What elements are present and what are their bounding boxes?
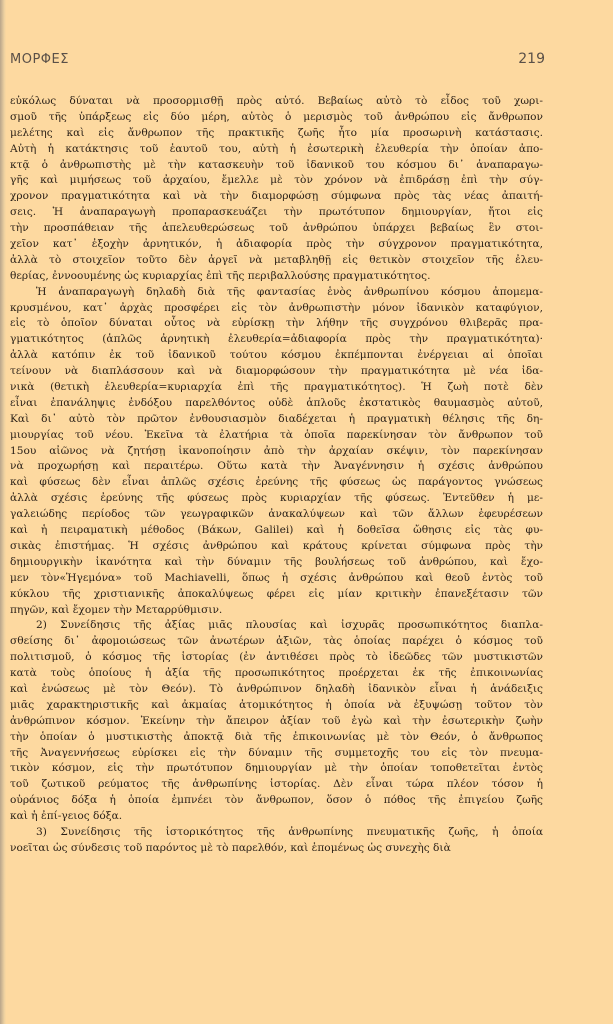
text-line: τὴν προσπάθειαν τῆς ἀπελευθερώσεως τοῦ ἀ… <box>10 221 543 237</box>
text-line: κτᾷ ὁ ἀνθρωπιστὴς μὲ τὴν κατασκευὴν τοῦ … <box>10 158 543 174</box>
text-line: τὴν ὁποίαν ὁ μυστικιστὴς ἀποκτᾷ διὰ τῆς … <box>10 730 543 746</box>
text-line: μιουργίας τοῦ νέου. Ἐκεῖνα τὰ ἐλατήρια τ… <box>10 428 543 444</box>
page-number: 219 <box>518 51 545 67</box>
text-line: θερίας, ἐννοουμένης ὡς κυριαρχίας ἐπὶ τῆ… <box>10 269 543 285</box>
text-line: εἰς τὸ ὁποῖον δύναται οὗτος νὰ εὑρίσκῃ τ… <box>10 316 543 332</box>
text-line: Καὶ δι᾿ αὐτὸ τὸν πρῶτον ἐνθουσιασμὸν δια… <box>10 412 543 428</box>
text-line: σμοῦ τῆς ὑπάρξεως εἰς δύο μέρη, αὐτὸς ὁ … <box>10 110 543 126</box>
running-head: ΜΟΡΦΕΣ <box>10 52 69 67</box>
text-line: καὶ φύσεως δὲν εἶναι ἁπλῶς σχέσις ἐρεύνη… <box>10 475 543 491</box>
text-line: δημιουργικὴν ἱκανότητα καὶ τὴν δύναμιν τ… <box>10 555 543 571</box>
page-header: ΜΟΡΦΕΣ 219 <box>10 50 545 68</box>
paragraph: Ἡ ἀναπαραγωγὴ δηλαδὴ διὰ τῆς φαντασίας ἑ… <box>10 285 543 619</box>
text-line: εἶναι ἐπανάληψις ἐνδόξου παρελθόντος οὐδ… <box>10 396 543 412</box>
text-line: νικὰ (θετικὴ ἐλευθερία=κυριαρχία ἐπὶ τῆς… <box>10 380 543 396</box>
text-line: πηγῶν, καὶ ἔχομεν τὴν Μεταρρύθμισιν. <box>10 603 543 619</box>
text-line: χρονον πραγματικότητα καὶ νὰ τὴν διαμορφ… <box>10 189 543 205</box>
text-line: σθείσης δι᾿ ἀφομοιώσεως τῶν ἀνωτέρων ἀξι… <box>10 634 543 650</box>
text-line: χεῖον κατ᾿ ἐξοχὴν ἀρνητικόν, ἡ ἀδιαφορία… <box>10 237 543 253</box>
text-line: σικὰς ἐπιστήμας. Ἡ σχέσις ἀνθρώπου καὶ κ… <box>10 539 543 555</box>
text-line: γαλειώδης περίοδος τῶν γεωγραφικῶν ἀνακα… <box>10 507 543 523</box>
text-line: ἀλλὰ σχέσις ἐρεύνης τῆς φύσεως πρὸς κυρι… <box>10 491 543 507</box>
text-line: Ἡ ἀναπαραγωγὴ δηλαδὴ διὰ τῆς φαντασίας ἑ… <box>10 285 543 301</box>
paragraph: 2) Συνείδησις τῆς ἀξίας μιᾶς πλουσίας κα… <box>10 618 543 825</box>
text-line: νὰ προχωρήσῃ καὶ περαιτέρω. Οὕτω κατὰ τὴ… <box>10 459 543 475</box>
text-line: ἀλλὰ τὸ στοιχεῖον τοῦτο δὲν ἀργεῖ νὰ μετ… <box>10 253 543 269</box>
text-line: τοῦ ζωτικοῦ ρεύματος τῆς ἀνθρωπίνης ἱστο… <box>10 777 543 793</box>
text-line: νοεῖται ὡς σύνδεσις τοῦ παρόντος μὲ τὸ π… <box>10 841 543 857</box>
text-line: μελέτης καὶ εἰς ἄνθρωπον τῆς πρακτικῆς ζ… <box>10 126 543 142</box>
text-line: 3) Συνείδησις τῆς ἱστορικότητος τῆς ἀνθρ… <box>10 825 543 841</box>
text-line: τείνουν νὰ διαπλάσσουν καὶ νὰ διαμορφώσο… <box>10 364 543 380</box>
text-line: καὶ ἡ πειραματικὴ μέθοδος (Βάκων, Galile… <box>10 523 543 539</box>
text-line: 2) Συνείδησις τῆς ἀξίας μιᾶς πλουσίας κα… <box>10 618 543 634</box>
text-line: κύκλου τῆς χριστιανικῆς ἀποκαλύψεως φέρε… <box>10 587 543 603</box>
text-line: κρυσμένου, κατ᾿ ἀρχὰς προσφέρει εἰς τὸν … <box>10 301 543 317</box>
text-line: οὐράνιος δόξα ἡ ὁποία ἐμπνέει τὸν ἄνθρωπ… <box>10 793 543 809</box>
text-line: Αὐτὴ ἡ κατάκτησις τοῦ ἑαυτοῦ του, αὐτὴ ἡ… <box>10 142 543 158</box>
paragraph: 3) Συνείδησις τῆς ἱστορικότητος τῆς ἀνθρ… <box>10 825 543 857</box>
text-line: καὶ ἡ ἐπί-γειος δόξα. <box>10 809 543 825</box>
text-line: μιᾶς χαρακτηριστικῆς καὶ ἀκμαίας ἀτομικό… <box>10 698 543 714</box>
text-line: 15ου αἰῶνος νὰ ζητήσῃ ἱκανοποίησιν ἀπὸ τ… <box>10 444 543 460</box>
text-line: πολιτισμοῦ, ὁ κόσμος τῆς ἱστορίας (ἐν ἀν… <box>10 650 543 666</box>
body-text: εὐκόλως δύναται νὰ προσορμισθῇ πρὸς αὐτό… <box>10 94 543 857</box>
text-line: ἀλλὰ κατόπιν ἐκ τοῦ ἰδανικοῦ τούτου κόσμ… <box>10 348 543 364</box>
text-line: τῆς Ἀναγεννήσεως εὑρίσκει εἰς τὴν δύναμι… <box>10 746 543 762</box>
text-line: ἀνθρώπινον κόσμον. Ἐκείνην τὴν ἄπειρον ἀ… <box>10 714 543 730</box>
text-line: γῆς καὶ μιμήσεως τοῦ ἀρχαίου, ἔμελλε μὲ … <box>10 173 543 189</box>
text-line: καὶ ἑνώσεως μὲ τὸν Θεόν). Τὸ ἀνθρώπινον … <box>10 682 543 698</box>
text-line: σεις. Ἡ ἀναπαραγωγὴ προπαρασκευάζει τὴν … <box>10 205 543 221</box>
text-line: μεν τὸν«Ἡγεμόνα» τοῦ Machiavelli, ὅπως ἡ… <box>10 571 543 587</box>
text-line: γματικότητος (ἁπλῶς ἀρνητικὴ ἐλευθερία=ἀ… <box>10 332 543 348</box>
paragraph: εὐκόλως δύναται νὰ προσορμισθῇ πρὸς αὐτό… <box>10 94 543 285</box>
page-binding-edge <box>0 0 6 1024</box>
text-line: κατὰ τοὺς ὁποίους ἡ ἀξία τῆς προσωπικότη… <box>10 666 543 682</box>
text-line: τικὸν κόσμον, εἰς τὴν πρωτότυπον δημιουρ… <box>10 761 543 777</box>
text-line: εὐκόλως δύναται νὰ προσορμισθῇ πρὸς αὐτό… <box>10 94 543 110</box>
